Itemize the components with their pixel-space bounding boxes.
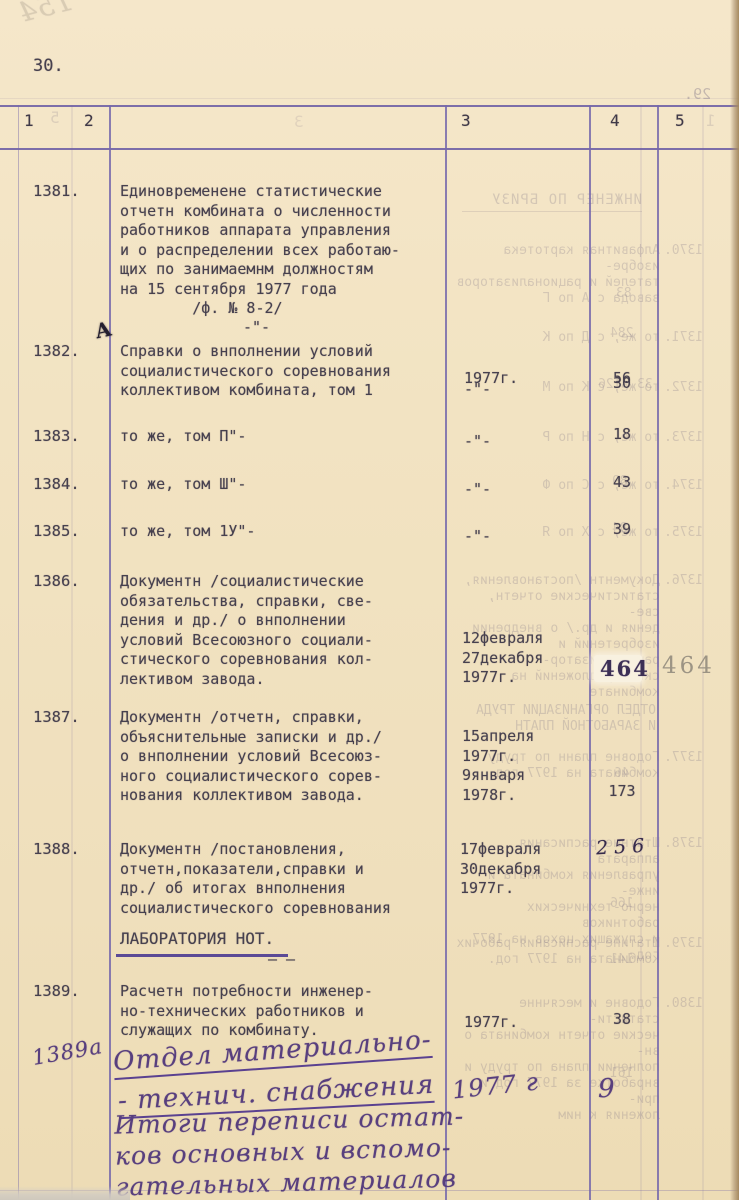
bleedthrough-entry-number: 1370.	[664, 243, 703, 259]
entry-pages: 173	[596, 782, 648, 802]
entry-date: -"-	[464, 380, 491, 400]
bleedthrough-entry-number: 1372.	[664, 380, 703, 396]
entry-date: 1977г.	[464, 1013, 518, 1033]
scanned-archive-page: 154 29. 5 3 1 ИНЖЕНЕР ПО БРИЗУ 1370. Алф…	[0, 0, 739, 1200]
bleedthrough-entry-number: 1377.	[664, 750, 703, 766]
bleedthrough-count: 166	[610, 896, 633, 912]
bleedthrough-entry-number: 1373.	[664, 430, 703, 446]
entry-number: 1387.	[33, 708, 80, 728]
bleedthrough-entry-number: 1380.	[664, 996, 703, 1012]
column-header-2: 2	[84, 111, 94, 130]
column-header-5: 5	[675, 111, 685, 130]
table-column-line-1	[109, 105, 111, 1200]
ditto-mark: -"-	[243, 318, 270, 338]
entry-pages-ink: 464	[600, 656, 650, 681]
entry-number: 1383.	[33, 427, 80, 447]
page-edge-right	[730, 0, 739, 1200]
entry-description: то же, том Ш"-	[120, 475, 450, 495]
entry-description: то же, том П"-	[120, 427, 450, 447]
entry-description: то же, том 1У"-	[120, 522, 450, 542]
section-ditto-dashes: – –	[268, 950, 295, 970]
entry-description: Документн /социалистические обязательств…	[120, 572, 450, 689]
entry-pages: 38	[596, 1010, 648, 1030]
table-column-line-3	[589, 105, 591, 1200]
bleedthrough-header-digit: 5	[50, 110, 60, 126]
entry-date: 12февраля 27декабря 1977г.	[462, 629, 543, 688]
entry-date: -"-	[464, 432, 491, 452]
entry-number: 1388.	[33, 840, 80, 860]
bleedthrough-section-title: ИНЖЕНЕР ПО БРИЗУ	[462, 192, 642, 212]
bleedthrough-count: 83	[616, 286, 632, 302]
bleedthrough-header-digit: 1	[706, 113, 716, 129]
entry-description: Справки о внполнении условий социалистич…	[120, 342, 450, 401]
bleedthrough-corner-number: 154	[17, 0, 74, 22]
entry-date: 17февраля 30декабря 1977г.	[460, 840, 541, 899]
table-column-line-4	[657, 105, 659, 1200]
handwritten-entry-pages: 9	[598, 1074, 616, 1104]
bleedthrough-entry-number: 1374.	[664, 478, 703, 494]
section-title: ЛАБОРАТОРИЯ НОТ.	[120, 929, 274, 949]
column-header-3: 3	[461, 111, 471, 130]
bleedthrough-count: 46	[614, 766, 630, 782]
entry-number: 1381.	[33, 182, 80, 202]
bleedthrough-grid-line	[640, 105, 642, 1200]
bleedthrough-entry-number: 1378.	[664, 836, 703, 852]
entry-number: 1384.	[33, 475, 80, 495]
bleedthrough-entry-number: 1379.	[664, 936, 703, 952]
bleedthrough-header-digit: 3	[294, 114, 304, 130]
entry-pages: 18	[596, 425, 648, 445]
bleedthrough-count: 141	[610, 952, 633, 968]
bleedthrough-entry-number: 1371.	[664, 330, 703, 346]
entry-pages-ink: 256	[595, 835, 650, 860]
page-number: 30.	[33, 57, 64, 77]
entry-number: 1385.	[33, 522, 80, 542]
entry-pages: 30	[596, 374, 648, 394]
entry-description: Документн /отчетн, справки, объяснительн…	[120, 708, 450, 806]
bleedthrough-grid-line	[71, 105, 73, 1200]
table-left-border	[18, 105, 19, 1200]
entry-description: Документн /постановления, отчетн,показат…	[120, 840, 450, 918]
entry-number: 1386.	[33, 572, 80, 592]
section-underline	[116, 954, 288, 957]
entry-description: Единовременене статистические отчетн ком…	[120, 182, 450, 319]
entry-date: 15апреля 1977г. 9января 1978г.	[462, 727, 534, 805]
entry-pages: 43	[596, 473, 648, 493]
handwritten-entry-description: Итоги переписи остат- ков основных и всп…	[114, 1100, 466, 1200]
bleedthrough-count: 284	[610, 326, 633, 342]
handwritten-entry-number: 1389а	[30, 1034, 104, 1070]
entry-pages: 39	[596, 520, 648, 540]
bleedthrough-grid-line	[0, 98, 739, 99]
entry-date: -"-	[464, 480, 491, 500]
page-edge-bottom	[0, 1186, 130, 1200]
bleedthrough-prev-page-number: 29.	[684, 86, 711, 102]
entry-pages-pencil: 464	[662, 653, 715, 679]
entry-date: -"-	[464, 527, 491, 547]
entry-number: 1382.	[33, 342, 80, 362]
bleedthrough-entry-number: 1375.	[664, 525, 703, 541]
column-header-1: 1	[24, 111, 34, 130]
entry-number: 1389.	[33, 982, 80, 1002]
column-header-4: 4	[610, 111, 620, 130]
bleedthrough-entry-number: 1376.	[664, 573, 703, 589]
